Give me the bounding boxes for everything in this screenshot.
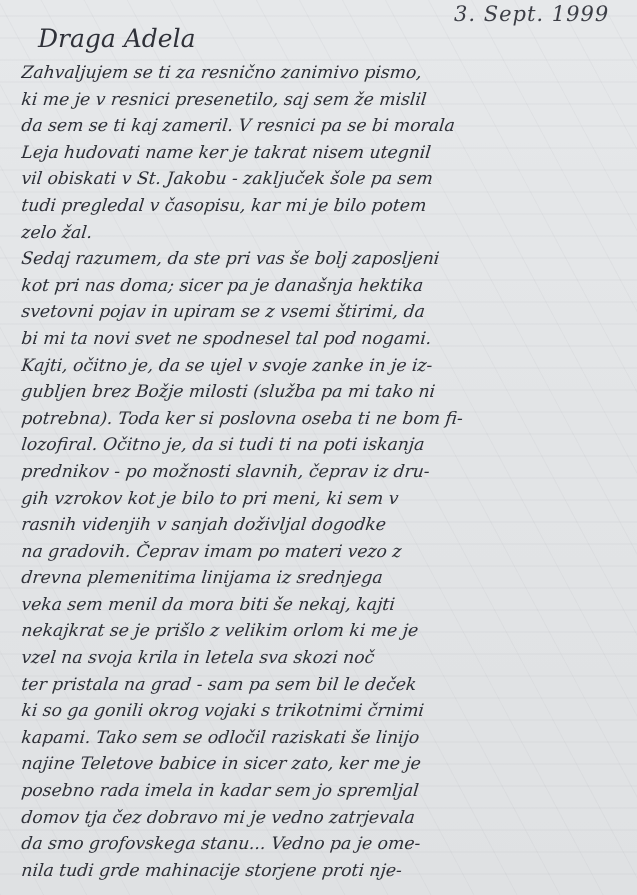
letter-line: ter pristala na grad - sam pa sem bil le… [20, 672, 635, 699]
letter-line: gih vzrokov kot je bilo to pri meni, ki … [20, 486, 635, 513]
letter-line: ki so ga gonili okrog vojaki s trikotnim… [20, 698, 635, 725]
letter-line: vil obiskati v St. Jakobu - zaključek šo… [20, 166, 635, 193]
letter-line: bi mi ta novi svet ne spodnesel tal pod … [20, 326, 635, 353]
letter-line: najine Teletove babice in sicer zato, ke… [20, 751, 635, 778]
letter-greeting: Draga Adela [38, 24, 196, 53]
letter-line: kapami. Tako sem se odločil raziskati še… [20, 725, 635, 752]
letter-page: 3. Sept. 1999 Draga Adela Zahvaljujem se… [0, 0, 637, 895]
letter-line: gubljen brez Božje milosti (služba pa mi… [20, 379, 635, 406]
letter-line: posebno rada imela in kadar sem jo sprem… [20, 778, 635, 805]
letter-line: Leja hudovati name ker je takrat nisem u… [20, 140, 635, 167]
letter-line: rasnih videnjih v sanjah doživljal dogod… [20, 512, 635, 539]
letter-line: veka sem menil da mora biti še nekaj, ka… [20, 592, 635, 619]
letter-line: nila tudi grde mahinacije storjene proti… [20, 858, 635, 885]
letter-line: Zahvaljujem se ti za resnično zanimivo p… [20, 60, 635, 87]
letter-line: da sem se ti kaj zameril. V resnici pa s… [20, 113, 635, 140]
letter-line: potrebna). Toda ker si poslovna oseba ti… [20, 406, 635, 433]
letter-line: svetovni pojav in upiram se z vsemi štir… [20, 299, 635, 326]
letter-line: drevna plemenitima linijama iz srednjega [20, 565, 635, 592]
letter-line: domov tja čez dobravo mi je vedno zatrje… [20, 805, 635, 832]
letter-line: kot pri nas doma; sicer pa je današnja h… [20, 273, 635, 300]
letter-line: vzel na svoja krila in letela sva skozi … [20, 645, 635, 672]
letter-line: na gradovih. Čeprav imam po materi vezo … [20, 539, 635, 566]
letter-date: 3. Sept. 1999 [454, 2, 609, 26]
letter-line: prednikov - po možnosti slavnih, čeprav … [20, 459, 635, 486]
letter-line: lozofiral. Očitno je, da si tudi ti na p… [20, 432, 635, 459]
letter-line: zelo žal. [20, 220, 635, 247]
letter-line: tudi pregledal v časopisu, kar mi je bil… [20, 193, 635, 220]
letter-line: ki me je v resnici presenetilo, saj sem … [20, 87, 635, 114]
letter-line: Kajti, očitno je, da se ujel v svoje zan… [20, 353, 635, 380]
letter-line: da smo grofovskega stanu... Vedno pa je … [20, 831, 635, 858]
letter-line: Sedaj razumem, da ste pri vas še bolj za… [20, 246, 635, 273]
letter-line: nekajkrat se je prišlo z velikim orlom k… [20, 618, 635, 645]
letter-body: Zahvaljujem se ti za resnično zanimivo p… [20, 60, 632, 884]
